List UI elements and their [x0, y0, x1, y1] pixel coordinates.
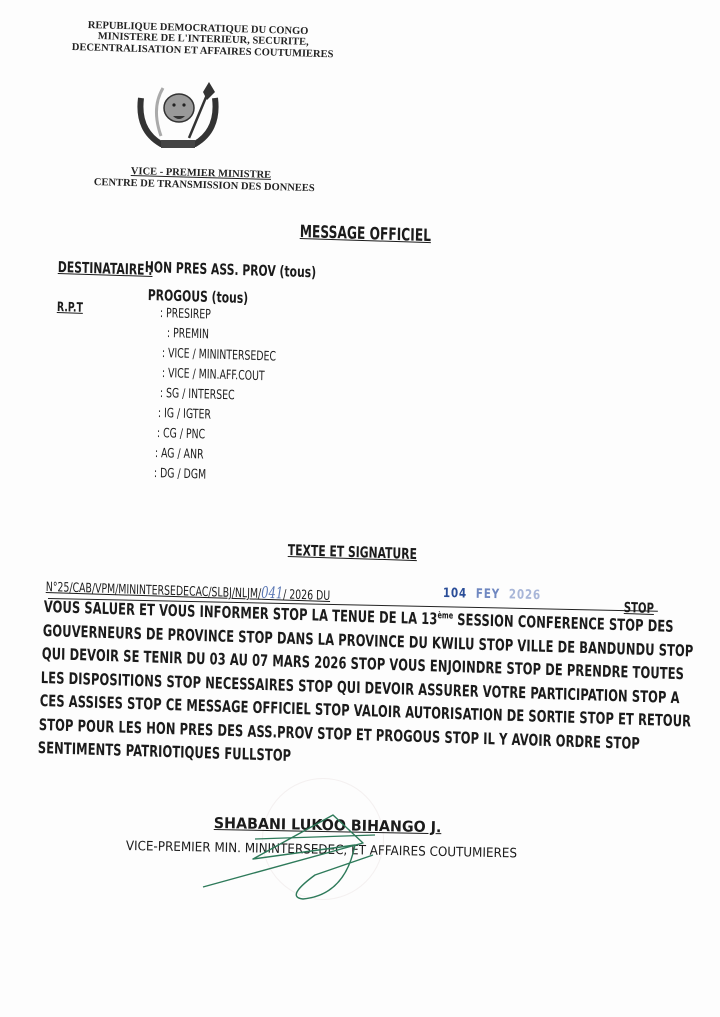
recipient-primary: HON PRES ASS. PROV (tous) [145, 258, 317, 281]
recipient-label: DESTINATAIRE : [58, 258, 153, 279]
rpt-item: : VICE / MININTERSEDEC [162, 346, 276, 365]
rpt-item: : IG / IGTER [158, 406, 211, 423]
rpt-item: : SG / INTERSEC [160, 386, 235, 403]
drc-coat-of-arms-icon [133, 78, 223, 154]
rpt-item: : CG / PNC [157, 426, 205, 443]
recipient-secondary: PROGOUS (tous) [148, 286, 249, 307]
official-message-document: REPUBLIQUE DEMOCRATIQUE DU CONGO MINISTE… [0, 0, 720, 1017]
rpt-item: : AG / ANR [155, 446, 204, 463]
date-stamp: 104 FEY 2026 [443, 586, 541, 603]
reference-suffix: / 2026 DU [283, 587, 330, 603]
rpt-item: : PRESIREP [160, 306, 211, 323]
unit-title: CENTRE DE TRANSMISSION DES DONNEES [94, 177, 315, 194]
reference-stop: STOP [624, 600, 654, 617]
document-title: MESSAGE OFFICIEL [300, 222, 431, 246]
handwritten-number: 041 [261, 583, 283, 603]
rpt-item: : PREMIN [167, 326, 209, 342]
rpt-item: : VICE / MIN.AFF.COUT [162, 366, 265, 384]
rpt-label: R.P.T [57, 300, 83, 316]
section-title: TEXTE ET SIGNATURE [288, 541, 417, 563]
body-line: SENTIMENTS PATRIOTIQUES FULLSTOP [38, 738, 292, 765]
handwritten-signature-icon [195, 795, 385, 905]
rpt-item: : DG / DGM [154, 466, 206, 483]
